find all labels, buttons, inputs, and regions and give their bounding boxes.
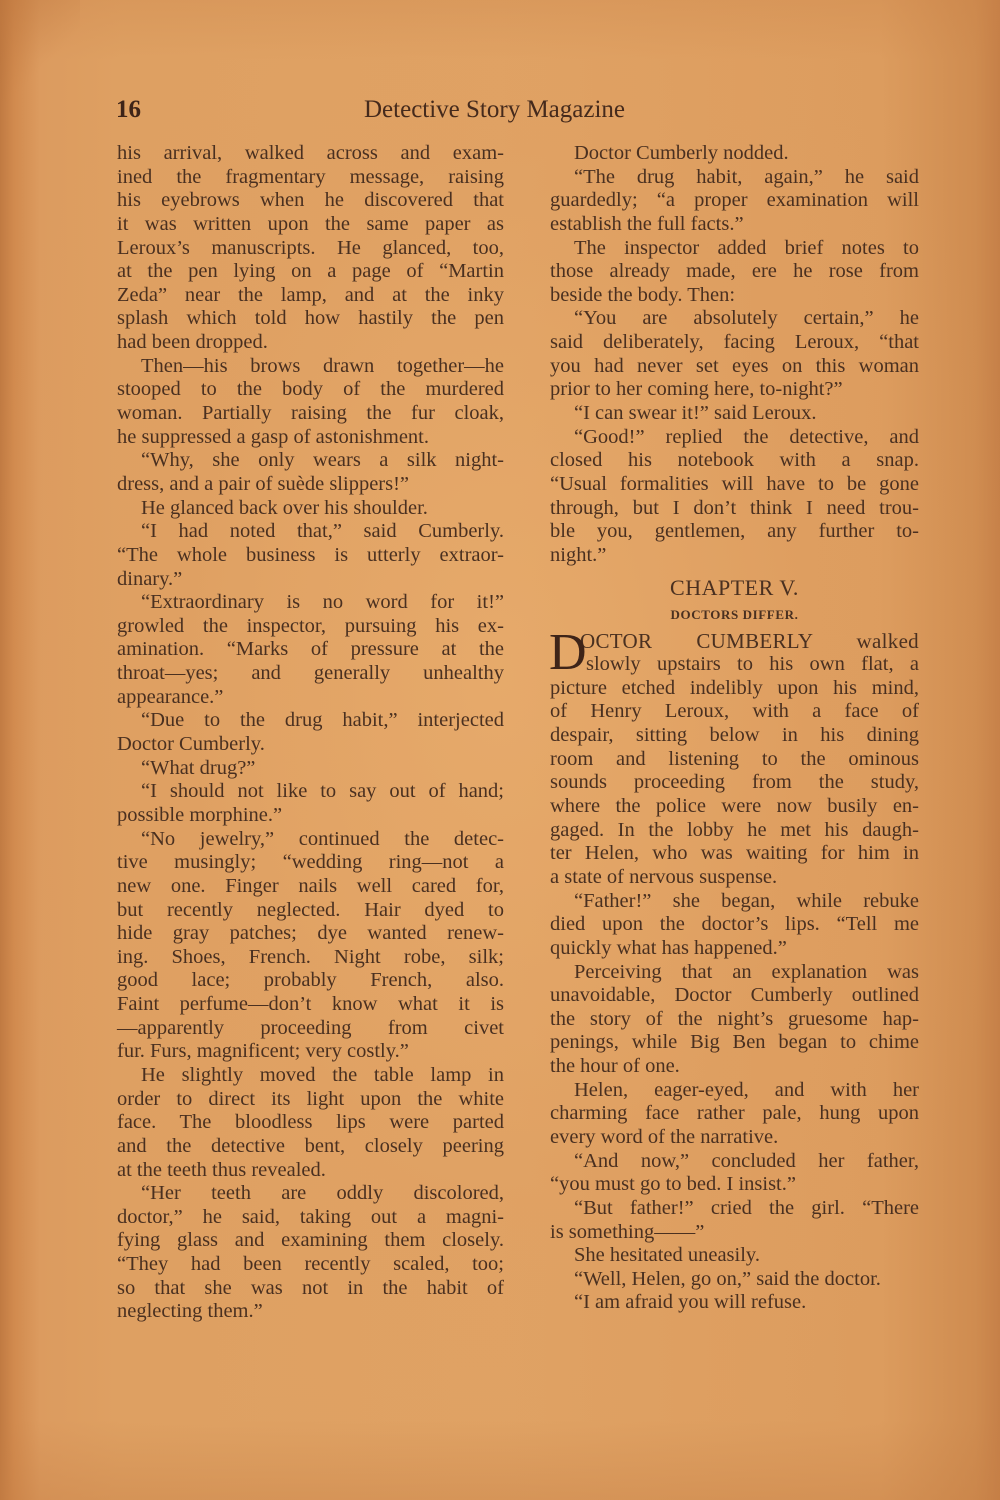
text-line: establish the full facts.” xyxy=(550,213,919,237)
text-line: dinary.” xyxy=(117,568,504,592)
text-line: unavoidable, Doctor Cumberly outlined xyxy=(550,984,919,1008)
text-line: room and listening to the ominous xyxy=(550,748,919,772)
text-line: and the detective bent, closely peering xyxy=(117,1135,504,1159)
text-line: throat—yes; and generally unhealthy xyxy=(117,662,504,686)
text-line: “They had been recently scaled, too; xyxy=(117,1253,504,1277)
text-line: “Father!” she began, while rebuke xyxy=(550,890,919,914)
text-line: a state of nervous suspense. xyxy=(550,866,919,890)
text-line: Zeda” near the lamp, and at the inky xyxy=(117,284,504,308)
text-line: “Usual formalities will have to be gone xyxy=(550,473,919,497)
text-line: “I had noted that,” said Cumberly. xyxy=(117,520,504,544)
text-line: at the pen lying on a page of “Martin xyxy=(117,260,504,284)
text-line: quickly what has happened.” xyxy=(550,937,919,961)
text-line: “Extraordinary is no word for it!” xyxy=(117,591,504,615)
text-line: ined the fragmentary message, raising xyxy=(117,166,504,190)
text-line: “Her teeth are oddly discolored, xyxy=(117,1182,504,1206)
text-line: it was written upon the same paper as xyxy=(117,213,504,237)
text-line: dress, and a pair of suède slippers!” xyxy=(117,473,504,497)
text-line: fying glass and examining them closely. xyxy=(117,1229,504,1253)
text-line: Helen, eager-eyed, and with her xyxy=(550,1079,919,1103)
right-column: Doctor Cumberly nodded.“The drug habit, … xyxy=(550,142,919,1315)
text-line: ter Helen, who was waiting for him in xyxy=(550,842,919,866)
text-line: so that she was not in the habit of xyxy=(117,1277,504,1301)
text-line: hide gray patches; dye wanted renew- xyxy=(117,922,504,946)
text-line: but recently neglected. Hair dyed to xyxy=(117,899,504,923)
text-line: at the teeth thus revealed. xyxy=(117,1159,504,1183)
text-line: possible morphine.” xyxy=(117,804,504,828)
text-line: Then—his brows drawn together—he xyxy=(117,355,504,379)
text-line: tive musingly; “wedding ring—not a xyxy=(117,851,504,875)
text-line: night.” xyxy=(550,544,919,568)
text-line: Perceiving that an explanation was xyxy=(550,961,919,985)
chapter-title: CHAPTER V. xyxy=(550,572,919,604)
text-line: “You are absolutely certain,” he xyxy=(550,307,919,331)
text-line: “And now,” concluded her father, xyxy=(550,1150,919,1174)
chapter-second-line: slowly upstairs to his own flat, a xyxy=(550,653,919,677)
text-line: order to direct its light upon the white xyxy=(117,1088,504,1112)
text-line: fur. Furs, magnificent; very costly.” xyxy=(117,1040,504,1064)
text-line: he suppressed a gasp of astonishment. xyxy=(117,426,504,450)
text-line: the story of the night’s gruesome hap- xyxy=(550,1008,919,1032)
text-line: “I should not like to say out of hand; xyxy=(117,780,504,804)
right-column-before-chapter: Doctor Cumberly nodded.“The drug habit, … xyxy=(550,142,919,568)
text-line: through, but I don’t think I need trou- xyxy=(550,497,919,521)
text-line: despair, sitting below in his dining xyxy=(550,724,919,748)
text-line: splash which told how hastily the pen xyxy=(117,307,504,331)
text-line: Faint perfume—don’t know what it is xyxy=(117,993,504,1017)
page-header: 16 Detective Story Magazine xyxy=(116,96,672,130)
page-corner-fold xyxy=(0,0,80,120)
chapter-subtitle: DOCTORS DIFFER. xyxy=(550,604,919,630)
text-line: amination. “Marks of pressure at the xyxy=(117,638,504,662)
text-line: He glanced back over his shoulder. xyxy=(117,497,504,521)
text-line: his eyebrows when he discovered that xyxy=(117,189,504,213)
text-line: “I can swear it!” said Leroux. xyxy=(550,402,919,426)
text-line: of Henry Leroux, with a face of xyxy=(550,700,919,724)
text-line: closed his notebook with a snap. xyxy=(550,449,919,473)
text-line: where the police were now busily en- xyxy=(550,795,919,819)
text-line: penings, while Big Ben began to chime xyxy=(550,1031,919,1055)
left-column: his arrival, walked across and exam-ined… xyxy=(117,142,504,1324)
text-line: died upon the doctor’s lips. “Tell me xyxy=(550,913,919,937)
text-line: ing. Shoes, French. Night robe, silk; xyxy=(117,946,504,970)
text-line: She hesitated uneasily. xyxy=(550,1244,919,1268)
text-line: Leroux’s manuscripts. He glanced, too, xyxy=(117,237,504,261)
text-line: “Why, she only wears a silk night- xyxy=(117,449,504,473)
chapter-first-line: OCTOR CUMBERLY walked xyxy=(550,630,919,654)
text-line: charming face rather pale, hung upon xyxy=(550,1102,919,1126)
text-line: “What drug?” xyxy=(117,757,504,781)
text-line: “No jewelry,” continued the detec- xyxy=(117,828,504,852)
text-line: gaged. In the lobby he met his daugh- xyxy=(550,819,919,843)
text-line: “But father!” cried the girl. “There xyxy=(550,1197,919,1221)
text-line: “Due to the drug habit,” interjected xyxy=(117,709,504,733)
text-line: those already made, ere he rose from xyxy=(550,260,919,284)
text-line: beside the body. Then: xyxy=(550,284,919,308)
text-line: new one. Finger nails well cared for, xyxy=(117,875,504,899)
text-line: good lace; probably French, also. xyxy=(117,969,504,993)
text-line: woman. Partially raising the fur cloak, xyxy=(117,402,504,426)
text-line: is something——” xyxy=(550,1221,919,1245)
text-line: “The whole business is utterly extraor- xyxy=(117,544,504,568)
text-line: said deliberately, facing Leroux, “that xyxy=(550,331,919,355)
text-line: —apparently proceeding from civet xyxy=(117,1017,504,1041)
text-line: guardedly; “a proper examination will xyxy=(550,189,919,213)
text-line: “you must go to bed. I insist.” xyxy=(550,1173,919,1197)
text-line: face. The bloodless lips were parted xyxy=(117,1111,504,1135)
text-line: stooped to the body of the murdered xyxy=(117,378,504,402)
text-line: Doctor Cumberly. xyxy=(117,733,504,757)
drop-cap: D xyxy=(549,630,587,676)
right-column-after-chapter: picture etched indelibly upon his mind,o… xyxy=(550,677,919,1315)
text-line: growled the inspector, pursuing his ex- xyxy=(117,615,504,639)
text-line: He slightly moved the table lamp in xyxy=(117,1064,504,1088)
text-line: “I am afraid you will refuse. xyxy=(550,1291,919,1315)
text-line: The inspector added brief notes to xyxy=(550,237,919,261)
text-line: ble you, gentlemen, any further to- xyxy=(550,520,919,544)
text-line: sounds proceeding from the study, xyxy=(550,771,919,795)
text-line: the hour of one. xyxy=(550,1055,919,1079)
text-line: prior to her coming here, to-night?” xyxy=(550,378,919,402)
page-number: 16 xyxy=(116,96,141,124)
text-line: “Well, Helen, go on,” said the doctor. xyxy=(550,1268,919,1292)
running-title: Detective Story Magazine xyxy=(364,96,625,124)
text-line: neglecting them.” xyxy=(117,1300,504,1324)
text-line: “Good!” replied the detective, and xyxy=(550,426,919,450)
text-line: his arrival, walked across and exam- xyxy=(117,142,504,166)
chapter-opening: D OCTOR CUMBERLY walked slowly upstairs … xyxy=(550,630,919,677)
text-line: every word of the narrative. xyxy=(550,1126,919,1150)
text-line: picture etched indelibly upon his mind, xyxy=(550,677,919,701)
text-line: you had never set eyes on this woman xyxy=(550,355,919,379)
text-line: “The drug habit, again,” he said xyxy=(550,166,919,190)
text-line: appearance.” xyxy=(117,686,504,710)
text-line: Doctor Cumberly nodded. xyxy=(550,142,919,166)
text-line: had been dropped. xyxy=(117,331,504,355)
text-line: doctor,” he said, taking out a magni- xyxy=(117,1206,504,1230)
